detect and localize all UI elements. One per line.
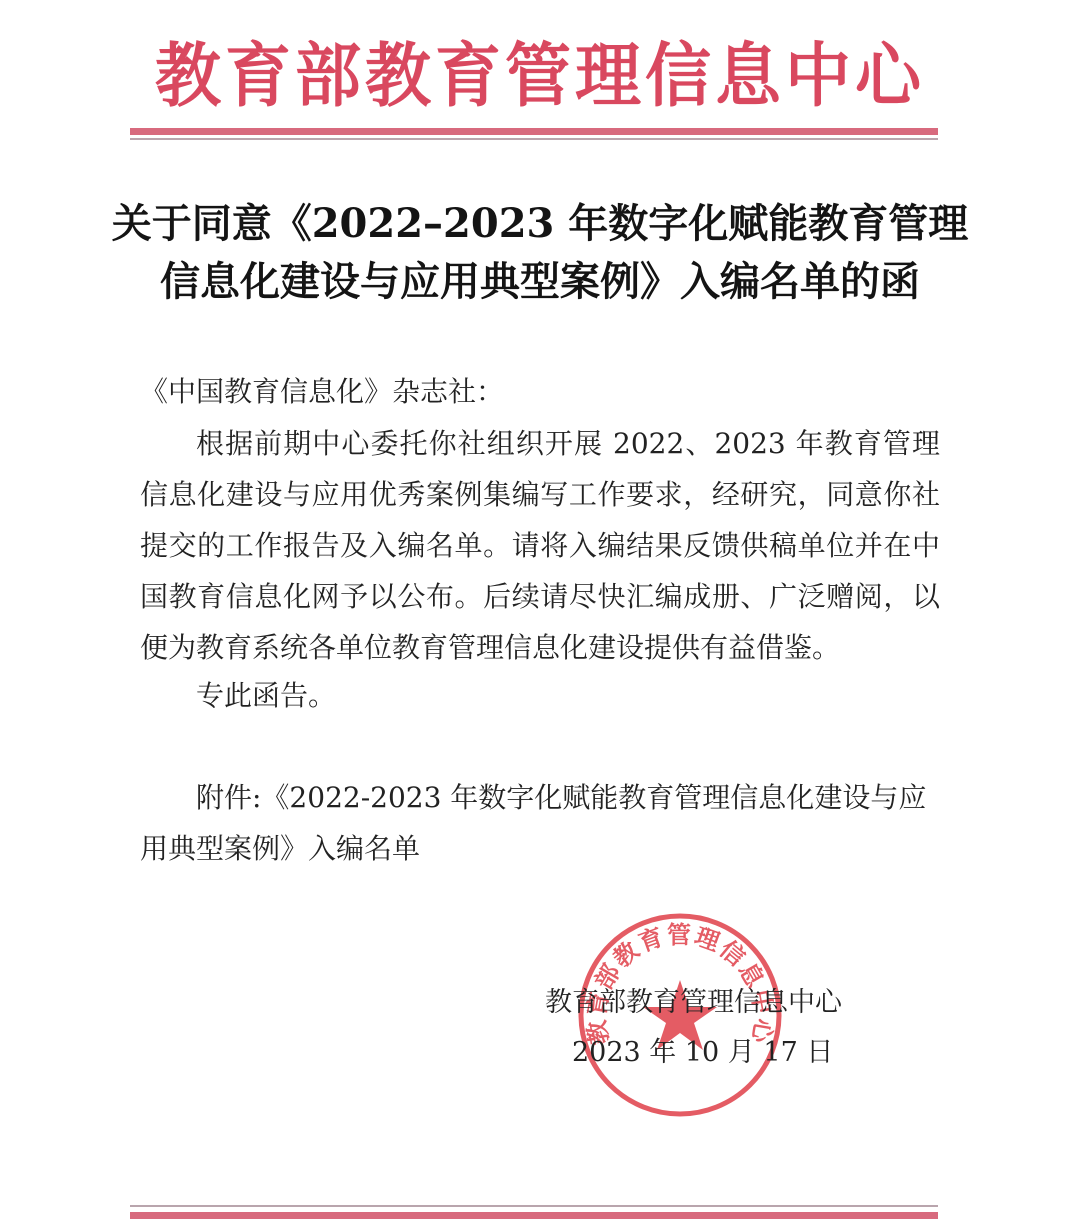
header-rule-thin [130, 138, 938, 140]
closing-line: 专此函告。 [140, 670, 940, 721]
document-title: 关于同意《2022–2023 年数字化赋能教育管理 信息化建设与应用典型案例》入… [0, 195, 1080, 311]
title-line-1: 关于同意《2022–2023 年数字化赋能教育管理 [0, 195, 1080, 253]
letterhead-organization: 教育部教育管理信息中心 [0, 20, 1080, 120]
footer-rule-thin [130, 1205, 938, 1207]
salutation: 《中国教育信息化》杂志社： [140, 366, 940, 417]
body-paragraph: 根据前期中心委托你社组织开展 2022、2023 年教育管理信息化建设与应用优秀… [140, 418, 940, 673]
title-line-2: 信息化建设与应用典型案例》入编名单的函 [0, 253, 1080, 311]
signature-organization: 教育部教育管理信息中心 [545, 980, 842, 1019]
footer-rule-thick [130, 1212, 938, 1219]
attachment-note: 附件:《2022-2023 年数字化赋能教育管理信息化建设与应用典型案例》入编名… [140, 772, 940, 874]
signature-date: 2023 年 10 月 17 日 [572, 1030, 833, 1069]
header-rule-thick [130, 128, 938, 135]
